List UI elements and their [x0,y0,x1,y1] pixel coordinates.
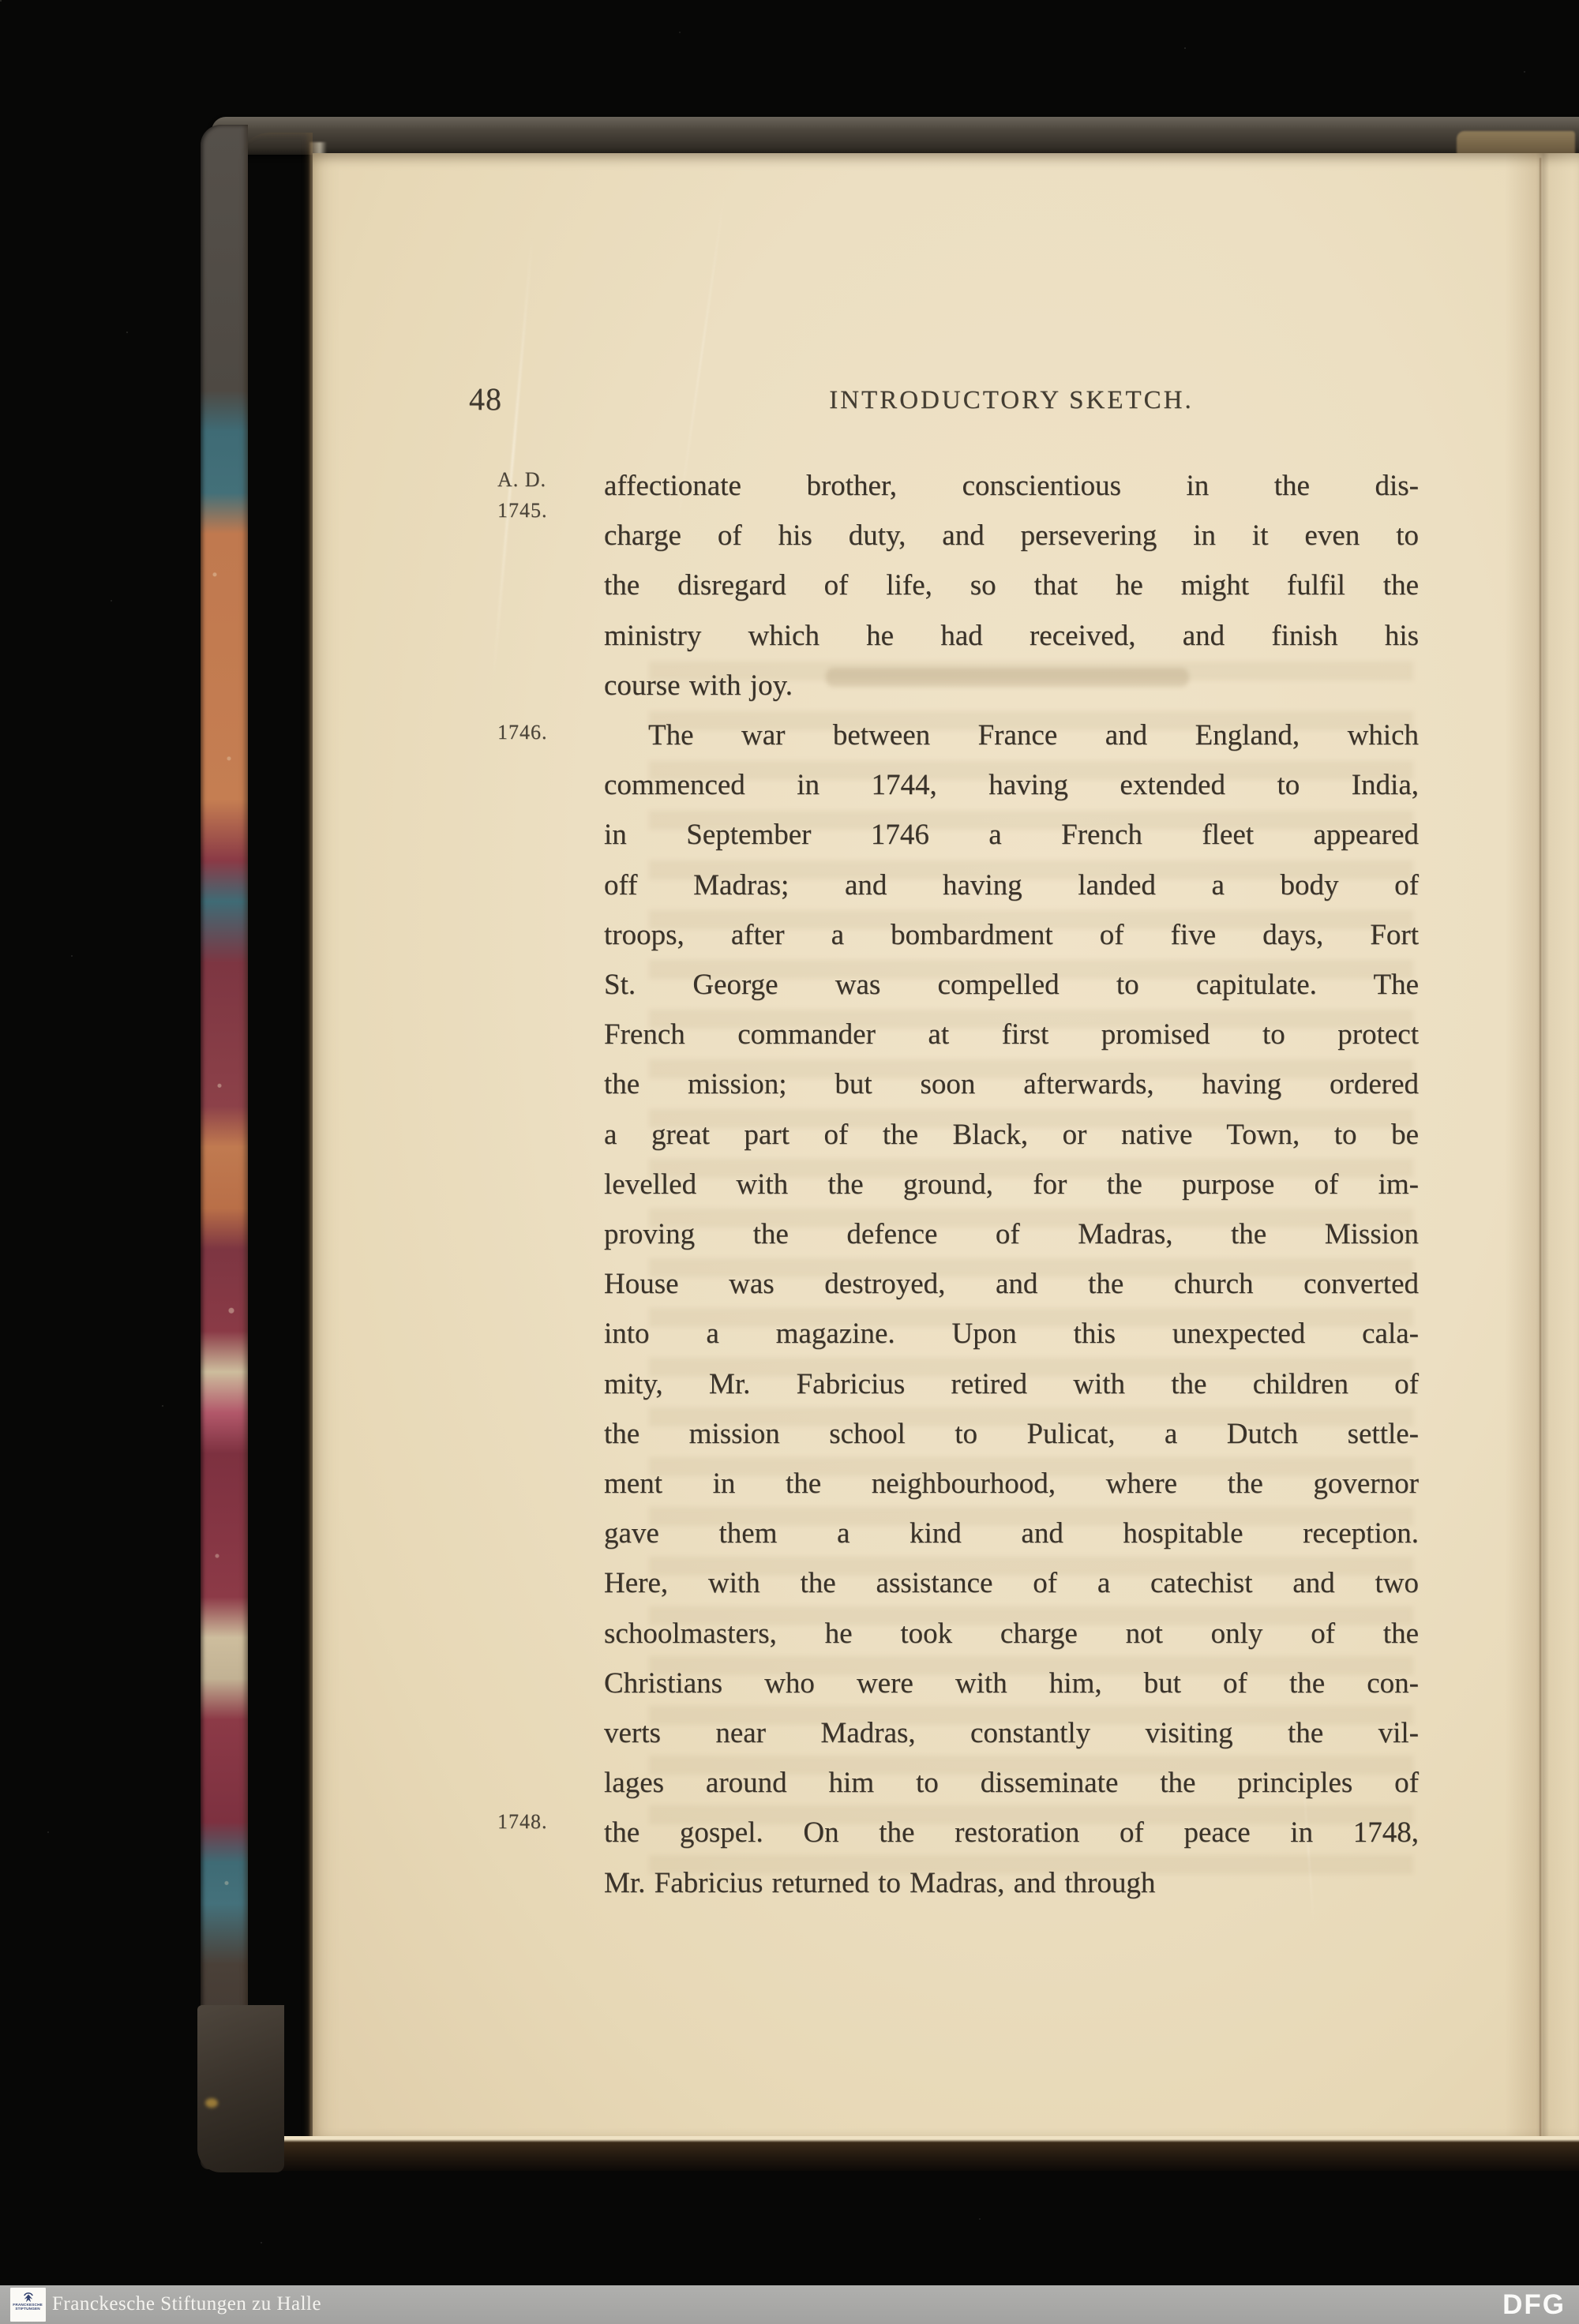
book-cover-bottom-corner [197,2005,284,2172]
text-line: levelled with the ground, for the purpos… [604,1160,1419,1209]
library-name: Franckesche Stiftungen zu Halle [52,2293,321,2315]
dust-specks [0,0,2,2]
text-line: House was destroyed, and the church conv… [604,1259,1419,1309]
text-line: The war between France and England, whic… [604,710,1419,760]
page-stack-edge [238,133,313,2166]
body-text: affectionate brother, conscientious in t… [604,461,1419,1908]
margin-note: A. D.1745. [497,464,600,526]
book-bottom-cover-edge [268,2136,1579,2171]
text-line: off Madras; and having landed a body of [604,860,1419,910]
text-line: affectionate brother, conscientious in t… [604,461,1419,511]
text-line: a great part of the Black, or native Tow… [604,1110,1419,1160]
book-scan: 48 INTRODUCTORY SKETCH. A. D.1745.1746.1… [0,0,1579,2324]
text-line: lages around him to disseminate the prin… [604,1758,1419,1808]
margin-note-line: 1746. [497,717,600,748]
text-line: in September 1746 a French fleet appeare… [604,810,1419,860]
text-line: troops, after a bombardment of five days… [604,910,1419,960]
margin-note: 1746. [497,717,600,748]
text-line: Mr. Fabricius returned to Madras, and th… [604,1858,1419,1908]
library-logo: FRANCKESCHE STIFTUNGEN [10,2288,46,2322]
text-line: verts near Madras, constantly visiting t… [604,1708,1419,1758]
text-line: charge of his duty, and persevering in i… [604,511,1419,560]
text-line: Christians who were with him, but of the… [604,1659,1419,1708]
page-gutter-fold-line [1540,158,1541,2138]
book-top-cover-edge [212,117,1579,155]
text-line: the disregard of life, so that he might … [604,560,1419,610]
dfg-logo: DFG [1502,2289,1566,2321]
margin-note-line: A. D. [497,464,600,495]
text-line: schoolmasters, he took charge not only o… [604,1609,1419,1659]
text-line: French commander at first promised to pr… [604,1010,1419,1059]
text-line: the mission; but soon afterwards, having… [604,1059,1419,1109]
margin-note-line: 1748. [497,1806,600,1837]
text-line: into a magazine. Upon this unexpected ca… [604,1309,1419,1359]
text-line: ministry which he had received, and fini… [604,611,1419,661]
margin-note-line: 1745. [497,495,600,526]
text-line: gave them a kind and hospitable receptio… [604,1509,1419,1558]
text-line: the gospel. On the restoration of peace … [604,1808,1419,1857]
library-logo-text: FRANCKESCHE STIFTUNGEN [13,2303,43,2311]
text-line: proving the defence of Madras, the Missi… [604,1209,1419,1259]
text-line: the mission school to Pulicat, a Dutch s… [604,1409,1419,1459]
text-line: mity, Mr. Fabricius retired with the chi… [604,1359,1419,1409]
text-line: course with joy. [604,661,1419,710]
text-line: commenced in 1744, having extended to In… [604,760,1419,810]
francke-eagle-sun-icon [21,2290,36,2303]
text-line: Here, with the assistance of a catechist… [604,1558,1419,1608]
margin-note: 1748. [497,1806,600,1837]
running-header: INTRODUCTORY SKETCH. [604,386,1419,415]
page-gutter-shading [1505,153,1579,2142]
page-number: 48 [469,380,502,418]
text-line: ment in the neighbourhood, where the gov… [604,1459,1419,1509]
text-line: St. George was compelled to capitulate. … [604,960,1419,1010]
footer-bar: FRANCKESCHE STIFTUNGEN Franckesche Stift… [0,2285,1579,2324]
